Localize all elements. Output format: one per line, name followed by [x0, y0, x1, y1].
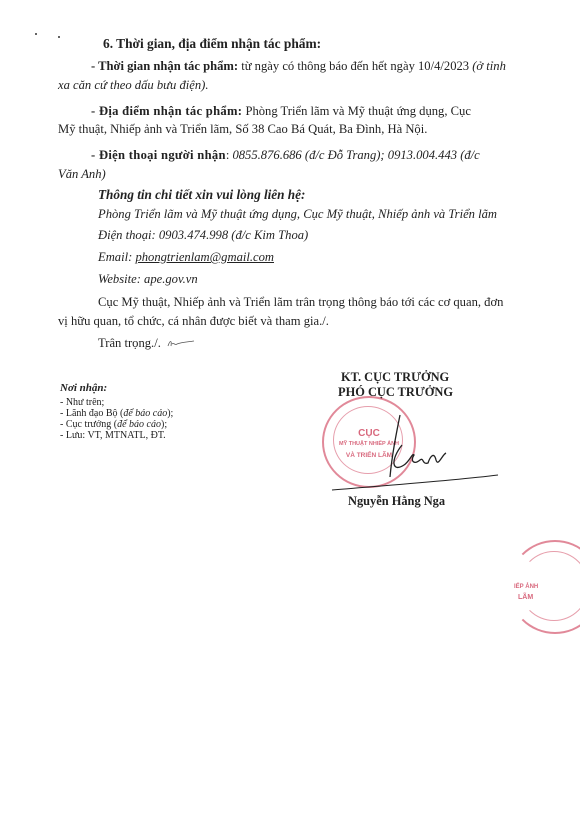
receive-time-line1: - Thời gian nhận tác phẩm: từ ngày có th… — [91, 59, 506, 74]
receive-time-line2: xa căn cứ theo dấu bưu điện). — [58, 78, 208, 93]
receive-time-note: (ở tỉnh — [472, 59, 506, 73]
partial-stamp-mid: IẾP ẢNH — [514, 584, 538, 590]
contact-heading: Thông tin chi tiết xin vui lòng liên hệ: — [98, 187, 305, 202]
receive-time-text: từ ngày có thông báo đến hết ngày 10/4/2… — [238, 59, 472, 73]
receiver-phone-line1: - Điện thoại người nhận: 0855.876.686 (đ… — [91, 148, 480, 163]
recipient-item: - Cục trưởng (để báo cáo); — [60, 419, 167, 431]
email-label: Email: — [98, 250, 135, 264]
receive-place-label: - Địa điểm nhận tác phẩm: — [91, 104, 242, 118]
closing-regards: Trân trọng./. — [98, 336, 161, 351]
signature-title1: KT. CỤC TRƯỞNG — [341, 370, 449, 385]
receive-place-text: Phòng Triển lãm và Mỹ thuật ứng dụng, Cụ… — [242, 104, 471, 118]
receive-time-label: - Thời gian nhận tác phẩm: — [91, 59, 238, 73]
initial-mark-icon — [166, 336, 196, 350]
receive-place-line1: - Địa điểm nhận tác phẩm: Phòng Triển lã… — [91, 104, 471, 119]
recipient-item: - Lưu: VT, MTNATL, ĐT. — [60, 430, 166, 442]
recipients-heading: Nơi nhận: — [60, 383, 107, 395]
contact-phone: Điện thoại: 0903.474.998 (đ/c Kim Thoa) — [98, 228, 308, 243]
email-link[interactable]: phongtrienlam@gmail.com — [135, 250, 274, 264]
scan-speck — [35, 33, 37, 35]
recipient-item: - Lãnh đạo Bộ (để báo cáo); — [60, 408, 173, 420]
receive-place-line2: Mỹ thuật, Nhiếp ảnh và Triển lãm, Số 38 … — [58, 122, 427, 137]
section-heading: 6. Thời gian, địa điểm nhận tác phẩm: — [103, 36, 321, 51]
handwritten-signature-icon — [330, 405, 500, 495]
receiver-phone-line2: Văn Anh) — [58, 167, 106, 182]
partial-stamp-bottom: LÃM — [518, 594, 533, 601]
closing-line2: vị hữu quan, tổ chức, cá nhân được biết … — [58, 314, 329, 329]
contact-website: Website: ape.gov.vn — [98, 272, 198, 287]
scan-speck — [58, 36, 60, 38]
recipient-item: - Như trên; — [60, 397, 104, 409]
receiver-phone-label: - Điện thoại người nhận — [91, 148, 226, 162]
receiver-phone-text: 0855.876.686 (đ/c Đỗ Trang); 0913.004.44… — [229, 148, 479, 162]
contact-email-line: Email: phongtrienlam@gmail.com — [98, 250, 274, 265]
signer-name: Nguyễn Hằng Nga — [348, 494, 445, 509]
contact-office: Phòng Triển lãm và Mỹ thuật ứng dụng, Cụ… — [98, 207, 497, 222]
closing-line1: Cục Mỹ thuật, Nhiếp ảnh và Triển lãm trâ… — [98, 295, 503, 310]
